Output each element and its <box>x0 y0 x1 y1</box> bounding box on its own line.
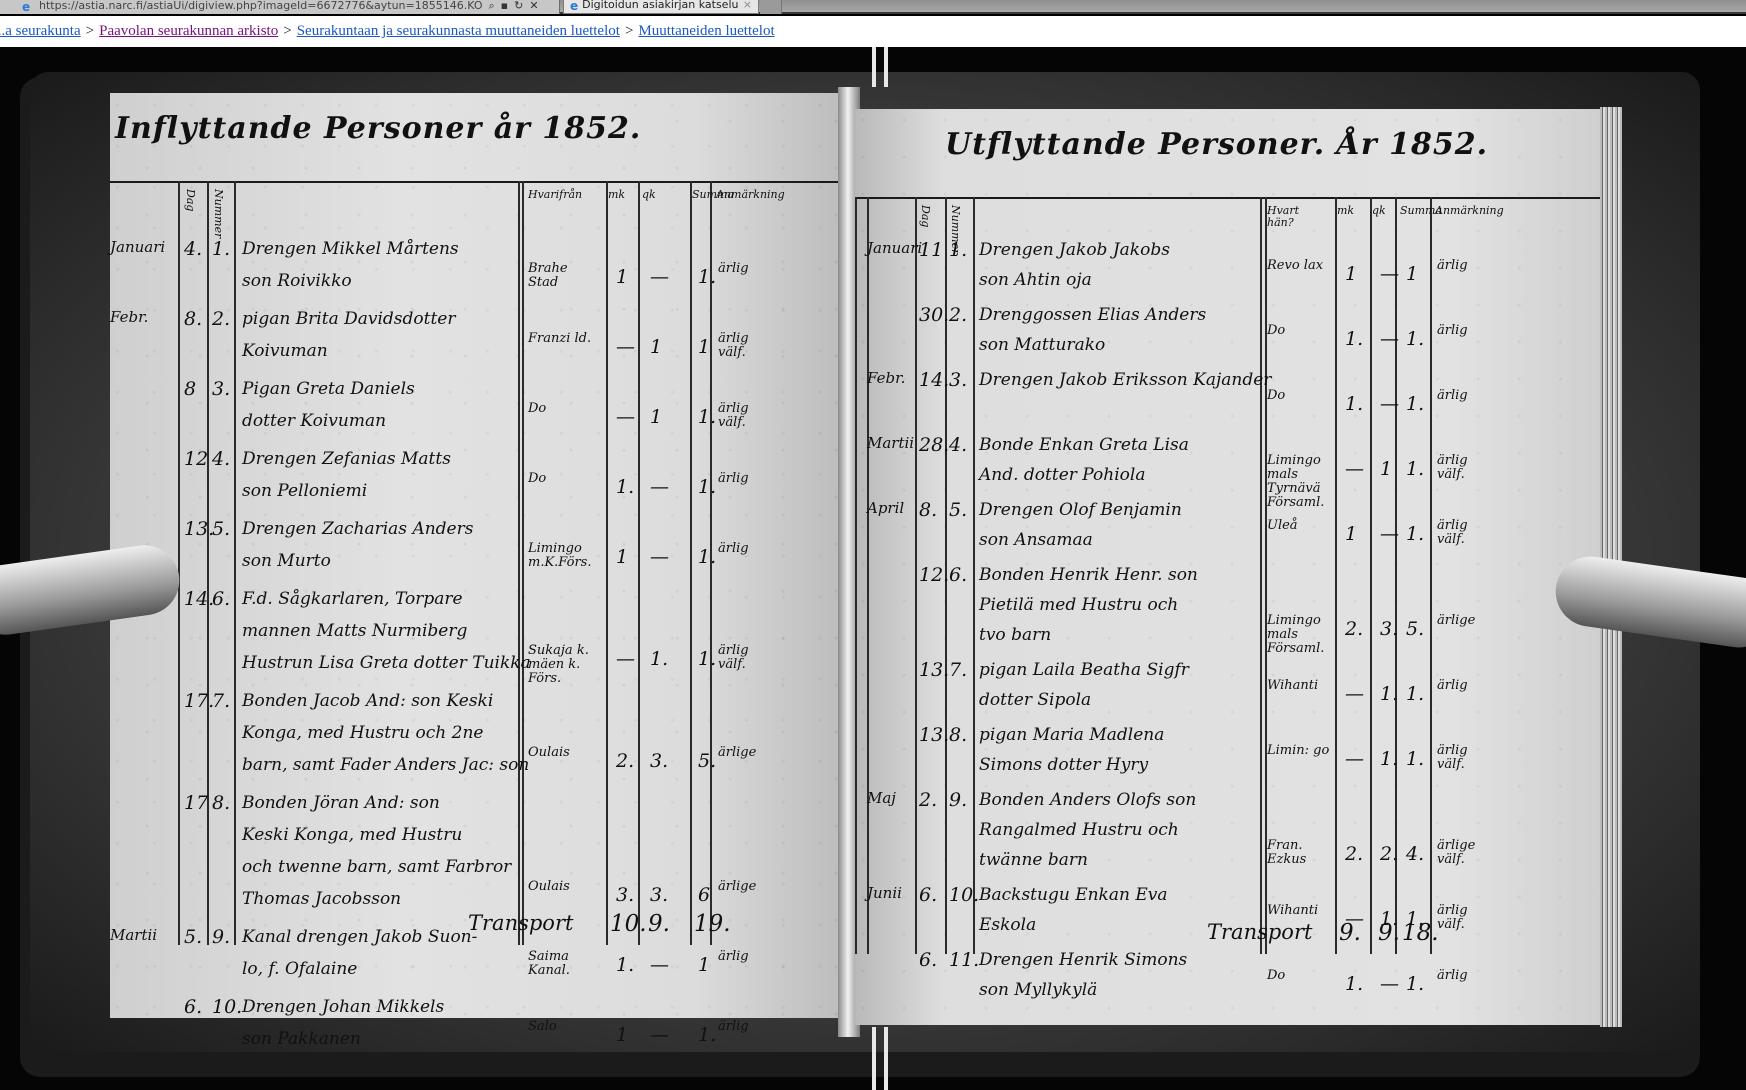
entry-mk: — <box>1345 748 1364 770</box>
entry-name-line: twänne barn <box>979 843 1088 877</box>
left-page: Inflyttande Personer år 1852.DagNummerHv… <box>110 93 840 1018</box>
entry-place: Do <box>528 402 600 416</box>
entry-place: Do <box>1267 324 1339 338</box>
entry-day: 6. <box>919 949 937 971</box>
entry-sum: 1. <box>698 406 716 428</box>
entry-name-line: Bonden Anders Olofs son <box>979 783 1196 817</box>
entry-number: 4. <box>949 434 967 456</box>
entry-day: 8. <box>184 308 202 330</box>
entry-name-line: And. dotter Pohiola <box>979 458 1145 492</box>
entry-qk: 1. <box>1380 683 1398 705</box>
breadcrumb-current[interactable]: Muuttaneiden luettelot <box>638 23 774 40</box>
entry-day: 11 <box>919 239 943 261</box>
entry-qk: — <box>650 954 669 976</box>
entry-place: Sukaja k. mäen k. Förs. <box>528 644 600 686</box>
entry-qk: — <box>650 1024 669 1046</box>
transport-sum: 18. <box>1402 920 1439 946</box>
entry-place: Salo <box>528 1020 600 1034</box>
entry-day: 28. <box>919 434 949 456</box>
refresh-icon[interactable]: ↻ <box>514 0 523 12</box>
entry-name-line: Drengen Henrik Simons <box>979 943 1187 977</box>
column-rule <box>1370 197 1372 954</box>
entry-note: ärlig välf. <box>1437 904 1489 932</box>
entry-month: April <box>867 499 904 517</box>
column-rule <box>867 197 869 954</box>
entry-name-line: lo, f. Ofalaine <box>242 952 357 986</box>
entry-mk: — <box>1345 458 1364 480</box>
entry-note: ärlig välf. <box>718 402 770 430</box>
entry-place: Limingo mals Tyrnävä Församl. <box>1267 454 1339 510</box>
entry-day: 5. <box>184 926 202 948</box>
column-header: Anmärkning <box>1435 205 1483 217</box>
entry-sum: 1. <box>1406 523 1424 545</box>
address-tools: ⌕ ▪ ↻ ✕ <box>489 0 539 12</box>
header-rule <box>855 197 1600 199</box>
breadcrumb: ...a seurakunta > Paavolan seurakunnan a… <box>0 16 775 47</box>
entry-note: ärlig <box>718 950 770 964</box>
entry-name-line: son Ahtin oja <box>979 263 1092 297</box>
entry-name-line: pigan Maria Madlena <box>979 718 1164 752</box>
entry-number: 7. <box>949 659 967 681</box>
entry-number: 3. <box>212 378 230 400</box>
entry-place: Do <box>528 472 600 486</box>
binding-strip <box>872 47 876 87</box>
entry-note: ärlig <box>1437 679 1489 693</box>
entry-month: Martii <box>867 434 914 452</box>
entry-place: Brahe Stad <box>528 262 600 290</box>
entry-name-line: son Pelloniemi <box>242 474 367 508</box>
transport-sum: 19. <box>694 911 731 937</box>
entry-place: Limingo mals Församl. <box>1267 614 1339 656</box>
binding-strip <box>884 1027 888 1090</box>
entry-qk: — <box>1380 523 1399 545</box>
entry-sum: 1. <box>698 476 716 498</box>
entry-month: Febr. <box>867 369 905 387</box>
entry-sum: 1 <box>698 336 710 358</box>
entry-place: Limingo m.K.Förs. <box>528 542 600 570</box>
entry-name-line: Hustrun Lisa Greta dotter Tuikka <box>242 646 531 680</box>
entry-note: ärlig välf. <box>1437 744 1489 772</box>
entry-number: 6. <box>949 564 967 586</box>
address-url[interactable]: https://astia.narc.fi/astiaUi/digiview.p… <box>39 0 483 12</box>
entry-name-line: Eskola <box>979 908 1036 942</box>
entry-qk: 2. <box>1380 843 1398 865</box>
entry-name-line: son Myllykylä <box>979 973 1097 1007</box>
entry-number: 8. <box>949 724 967 746</box>
column-rule <box>606 181 608 945</box>
page-title: Inflyttande Personer år 1852. <box>115 111 641 146</box>
entry-qk: 1 <box>1380 458 1392 480</box>
entry-note: ärlig <box>1437 259 1489 273</box>
entry-number: 9. <box>212 926 230 948</box>
entry-name-line: F.d. Sågkarlaren, Torpare <box>242 582 463 616</box>
entry-sum: 1. <box>698 648 716 670</box>
entry-sum: 1 <box>1406 263 1418 285</box>
entry-mk: 1. <box>1345 393 1363 415</box>
entry-sum: 1. <box>1406 328 1424 350</box>
entry-name-line: Bonden Jöran And: son <box>242 786 440 820</box>
close-icon[interactable]: ✕ <box>529 0 538 12</box>
breadcrumb-bar: ...a seurakunta > Paavolan seurakunnan a… <box>0 16 1746 47</box>
entry-sum: 6 <box>698 884 710 906</box>
entry-mk: — <box>616 336 635 358</box>
browser-chrome: e https://astia.narc.fi/astiaUi/digiview… <box>0 0 1746 14</box>
entry-note: ärlig <box>718 472 770 486</box>
entry-day: 6. <box>919 884 937 906</box>
breadcrumb-series[interactable]: Seurakuntaan ja seurakunnasta muuttaneid… <box>297 23 620 40</box>
entry-day: 14. <box>184 588 214 610</box>
entry-qk: — <box>650 546 669 568</box>
entry-place: Wihanti <box>1267 679 1339 693</box>
entry-name-line: Bonden Henrik Henr. son <box>979 558 1198 592</box>
entry-number: 5. <box>949 499 967 521</box>
entry-day: 13. <box>919 724 949 746</box>
breadcrumb-separator: > <box>625 23 633 40</box>
entry-name-line: son Murto <box>242 544 331 578</box>
entry-name-line: Kanal drengen Jakob Suon- <box>242 920 477 954</box>
column-rule <box>518 181 520 945</box>
entry-qk: — <box>650 476 669 498</box>
entry-qk: 3. <box>650 750 668 772</box>
entry-month: Maj <box>867 789 896 807</box>
entry-day: 17 <box>184 792 208 814</box>
entry-mk: 1 <box>616 546 628 568</box>
entry-sum: 1. <box>1406 683 1424 705</box>
entry-name-line: son Matturako <box>979 328 1105 362</box>
entry-name-line: Drenggossen Elias Anders <box>979 298 1206 332</box>
entry-month: Junii <box>867 884 902 902</box>
column-header: Hvarifrån <box>528 189 576 201</box>
entry-sum: 4. <box>1406 843 1424 865</box>
entry-name-line: son Roivikko <box>242 264 352 298</box>
entry-day: 2. <box>919 789 937 811</box>
entry-mk: 1 <box>616 1024 628 1046</box>
entry-number: 10. <box>212 996 242 1018</box>
entry-name-line: Pigan Greta Daniels <box>242 372 415 406</box>
entry-name-line: dotter Sipola <box>979 683 1091 717</box>
entry-day: 13. <box>919 659 949 681</box>
address-bar[interactable]: e https://astia.narc.fi/astiaUi/digiview… <box>0 0 560 14</box>
entry-sum: 5. <box>1406 618 1424 640</box>
entry-place: Fran. Ezkus <box>1267 839 1339 867</box>
entry-place: Wihanti <box>1267 904 1339 918</box>
document-image-viewer[interactable]: Inflyttande Personer år 1852.DagNummerHv… <box>0 47 1746 1090</box>
column-header: Hvart hän? <box>1267 205 1315 229</box>
transport-label: Transport <box>1207 920 1312 944</box>
entry-name-line: dotter Koivuman <box>242 404 386 438</box>
entry-name-line: son Ansamaa <box>979 523 1093 557</box>
column-rule <box>207 181 209 945</box>
entry-mk: 1. <box>616 476 634 498</box>
breadcrumb-separator: > <box>86 23 94 40</box>
column-rule <box>1430 197 1432 954</box>
breadcrumb-parish[interactable]: ...a seurakunta <box>0 23 81 40</box>
entry-number: 5. <box>212 518 230 540</box>
entry-qk: — <box>1380 973 1399 995</box>
entry-sum: 5. <box>698 750 716 772</box>
entry-month: Febr. <box>110 308 148 326</box>
search-icon[interactable]: ⌕ <box>489 0 495 12</box>
entry-note: ärlig välf. <box>1437 519 1489 547</box>
breadcrumb-archive[interactable]: Paavolan seurakunnan arkisto <box>99 23 278 40</box>
column-rule <box>1395 197 1397 954</box>
entry-day: 12 <box>184 448 208 470</box>
header-rule <box>110 181 840 183</box>
page-title: Utflyttande Personer. År 1852. <box>945 127 1488 162</box>
entry-name-line: pigan Laila Beatha Sigfr <box>979 653 1189 687</box>
entry-number: 8. <box>212 792 230 814</box>
entry-name-line: Thomas Jacobsson <box>242 882 401 916</box>
column-rule <box>855 197 857 954</box>
entry-name-line: Drengen Jakob Jakobs <box>979 233 1170 267</box>
entry-place: Franzi ld. <box>528 332 600 346</box>
column-rule <box>178 181 180 945</box>
entry-sum: 1. <box>1406 393 1424 415</box>
column-rule <box>1260 197 1262 954</box>
tab-close-icon[interactable]: × <box>743 0 752 11</box>
entry-mk: — <box>1345 683 1364 705</box>
tab-title: Digitoidun asiakirjan katselu <box>582 0 738 11</box>
entry-qk: 3. <box>650 884 668 906</box>
entry-day: 13. <box>184 518 214 540</box>
entry-sum: 1. <box>1406 973 1424 995</box>
entry-note: ärlig <box>718 1020 770 1034</box>
column-rule <box>973 197 975 954</box>
lock-icon[interactable]: ▪ <box>501 0 508 12</box>
entry-place: Do <box>1267 969 1339 983</box>
entry-name-line: Drengen Zacharias Anders <box>242 512 473 546</box>
entry-note: ärlig <box>718 542 770 556</box>
column-rule <box>690 181 692 945</box>
entry-note: ärlig <box>718 262 770 276</box>
entry-month: Januari <box>110 238 165 256</box>
transport-qk: 9. <box>1378 920 1400 946</box>
entry-place: Limin: go <box>1267 744 1339 758</box>
entry-name-line: Bonde Enkan Greta Lisa <box>979 428 1189 462</box>
entry-mk: 2. <box>616 750 634 772</box>
entry-note: ärlig välf. <box>718 332 770 360</box>
entry-mk: 3. <box>616 884 634 906</box>
entry-name-line: Konga, med Hustru och 2ne <box>242 716 483 750</box>
entry-name-line: Backstugu Enkan Eva <box>979 878 1168 912</box>
entry-note: ärlige välf. <box>1437 839 1489 867</box>
entry-number: 6. <box>212 588 230 610</box>
entry-name-line: och twenne barn, samt Farbror <box>242 850 511 884</box>
entry-day: 4. <box>184 238 202 260</box>
breadcrumb-separator: > <box>283 23 291 40</box>
entry-note: ärlige <box>1437 614 1489 628</box>
entry-name-line: mannen Matts Nurmiberg <box>242 614 467 648</box>
entry-mk: 1 <box>616 266 628 288</box>
entry-sum: 1. <box>698 266 716 288</box>
entry-name-line: tvo barn <box>979 618 1051 652</box>
entry-name-line: Drengen Zefanias Matts <box>242 442 451 476</box>
entry-name-line: Drengen Mikkel Mårtens <box>242 232 459 266</box>
entry-name-line: son Pakkanen <box>242 1022 361 1056</box>
entry-month: Martii <box>110 926 157 944</box>
column-header: Anmärkning <box>716 189 764 201</box>
entry-qk: 1. <box>1380 748 1398 770</box>
entry-qk: — <box>650 266 669 288</box>
ie-logo-icon: e <box>570 0 578 12</box>
entry-name-line: Drengen Jakob Eriksson Kajander <box>979 363 1271 397</box>
entry-number: 3. <box>949 369 967 391</box>
entry-day: 6. <box>184 996 202 1018</box>
entry-number: 7. <box>212 690 230 712</box>
entry-mk: — <box>616 406 635 428</box>
entry-mk: 1. <box>1345 328 1363 350</box>
transport-qk: 9. <box>648 911 670 937</box>
entry-number: 11. <box>949 949 979 971</box>
entry-sum: 1. <box>1406 458 1424 480</box>
column-rule <box>522 181 524 945</box>
entry-sum: 1 <box>698 954 710 976</box>
column-rule <box>915 197 917 954</box>
entry-qk: — <box>1380 393 1399 415</box>
transport-mk: 10. <box>610 911 647 937</box>
entry-day: 8. <box>919 499 937 521</box>
entry-day: 17. <box>184 690 214 712</box>
new-tab-button[interactable] <box>760 0 782 14</box>
entry-name-line: barn, samt Fader Anders Jac: son <box>242 748 529 782</box>
entry-mk: 1 <box>1345 523 1357 545</box>
entry-place: Oulais <box>528 880 600 894</box>
entry-place: Revo lax <box>1267 259 1339 273</box>
entry-number: 10. <box>949 884 979 906</box>
entry-note: ärlige <box>718 880 770 894</box>
entry-qk: 1 <box>650 406 662 428</box>
entry-mk: 1. <box>616 954 634 976</box>
entry-name-line: Keski Konga, med Hustru <box>242 818 462 852</box>
entry-place: Uleå <box>1267 519 1339 533</box>
entry-sum: 1. <box>1406 748 1424 770</box>
entry-number: 1. <box>212 238 230 260</box>
entry-qk: — <box>1380 328 1399 350</box>
entry-note: ärlig välf. <box>718 644 770 672</box>
binding-strip <box>884 47 888 87</box>
column-rule <box>234 181 236 945</box>
entry-day: 30. <box>919 304 949 326</box>
entry-place: Do <box>1267 389 1339 403</box>
entry-note: ärlige <box>718 746 770 760</box>
entry-qk: 1. <box>650 648 668 670</box>
entry-place: Saima Kanal. <box>528 950 600 978</box>
tab-document-viewer[interactable]: e Digitoidun asiakirjan katselu × <box>563 0 759 14</box>
entry-mk: 1. <box>1345 973 1363 995</box>
entry-mk: 1 <box>1345 263 1357 285</box>
entry-name-line: Koivuman <box>242 334 328 368</box>
ie-logo-icon: e <box>22 1 36 13</box>
entry-name-line: Bonden Jacob And: son Keski <box>242 684 493 718</box>
entry-number: 1. <box>949 239 967 261</box>
entry-place: Oulais <box>528 746 600 760</box>
entry-day: 8 <box>184 378 196 400</box>
entry-number: 2. <box>949 304 967 326</box>
entry-note: ärlig <box>1437 324 1489 338</box>
transport-label: Transport <box>468 911 573 935</box>
transport-mk: 9. <box>1339 920 1361 946</box>
entry-sum: 1. <box>698 1024 716 1046</box>
column-rule <box>638 181 640 945</box>
entry-day: 12. <box>919 564 949 586</box>
entry-month: Januari <box>867 239 922 257</box>
entry-name-line: Drengen Olof Benjamin <box>979 493 1182 527</box>
entry-note: ärlig <box>1437 389 1489 403</box>
entry-name-line: Rangalmed Hustru och <box>979 813 1179 847</box>
entry-number: 9. <box>949 789 967 811</box>
entry-name-line: Pietilä med Hustru och <box>979 588 1178 622</box>
entry-mk: 2. <box>1345 618 1363 640</box>
entry-qk: 1 <box>650 336 662 358</box>
entry-sum: 1. <box>698 546 716 568</box>
entry-mk: 2. <box>1345 843 1363 865</box>
entry-qk: 3. <box>1380 618 1398 640</box>
entry-name-line: Simons dotter Hyry <box>979 748 1148 782</box>
entry-note: ärlig <box>1437 969 1489 983</box>
right-page: Utflyttande Personer. År 1852.DagNummerH… <box>855 109 1600 1025</box>
entry-day: 14. <box>919 369 949 391</box>
entry-mk: — <box>616 648 635 670</box>
entry-name-line: pigan Brita Davidsdotter <box>242 302 456 336</box>
entry-number: 4. <box>212 448 230 470</box>
entry-name-line: Drengen Johan Mikkels <box>242 990 444 1024</box>
entry-note: ärlig välf. <box>1437 454 1489 482</box>
column-header: qk <box>642 189 690 201</box>
binding-strip <box>872 1027 876 1090</box>
entry-qk: — <box>1380 263 1399 285</box>
entry-number: 2. <box>212 308 230 330</box>
